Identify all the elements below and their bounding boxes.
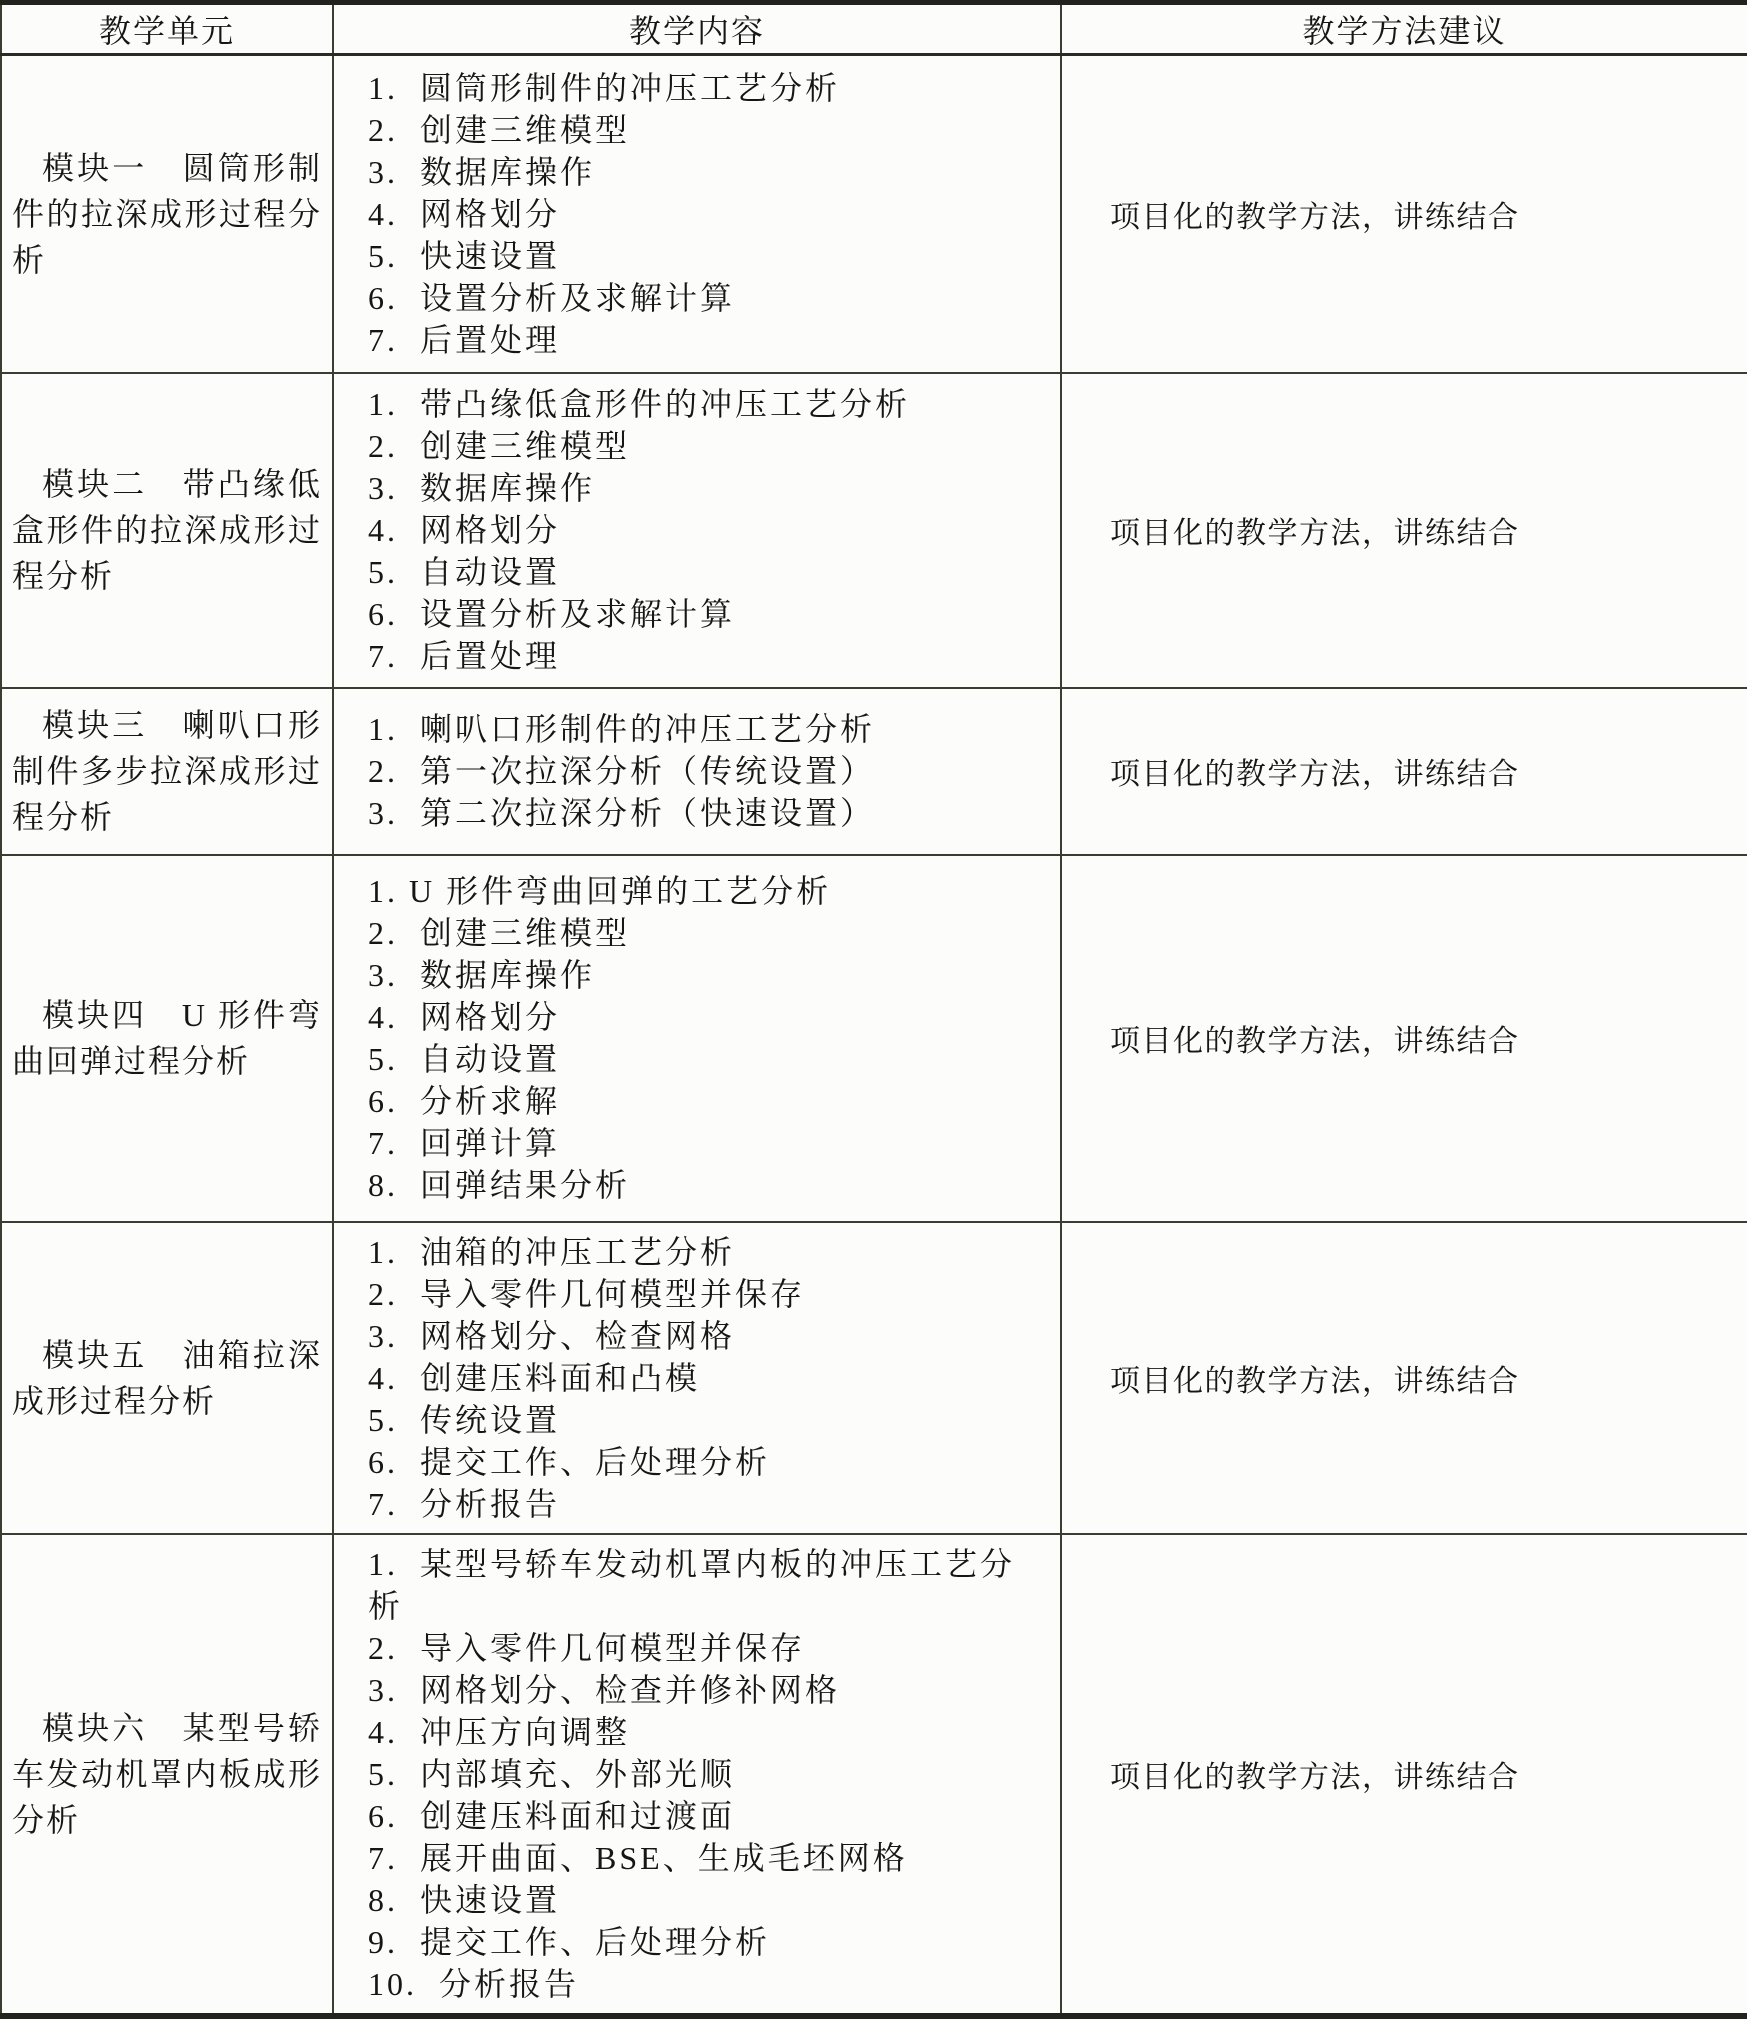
method-cell: 项目化的教学方法，讲练结合 xyxy=(1061,855,1747,1222)
content-item: 7. 回弹计算 xyxy=(368,1122,1048,1164)
content-item: 3. 数据库操作 xyxy=(368,954,1048,996)
content-item: 3. 网格划分、检查并修补网格 xyxy=(368,1669,1048,1711)
header-cell-method: 教学方法建议 xyxy=(1061,3,1747,55)
unit-cell: 模块二 带凸缘低盒形件的拉深成形过程分析 xyxy=(1,373,333,688)
content-item: 4. 创建压料面和凸模 xyxy=(368,1357,1048,1399)
method-cell: 项目化的教学方法，讲练结合 xyxy=(1061,373,1747,688)
content-cell: 1. 带凸缘低盒形件的冲压工艺分析 2. 创建三维模型 3. 数据库操作 4. … xyxy=(333,373,1061,688)
unit-cell: 模块三 喇叭口形制件多步拉深成形过程分析 xyxy=(1,688,333,855)
content-item: 6. 设置分析及求解计算 xyxy=(368,593,1048,635)
content-item: 10. 分析报告 xyxy=(368,1963,1048,2005)
content-item: 5. 内部填充、外部光顺 xyxy=(368,1753,1048,1795)
content-item: 1. 某型号轿车发动机罩内板的冲压工艺分析 xyxy=(368,1543,1048,1627)
content-item: 4. 网格划分 xyxy=(368,996,1048,1038)
content-item: 2. 创建三维模型 xyxy=(368,109,1048,151)
table-row-module-3: 模块三 喇叭口形制件多步拉深成形过程分析 1. 喇叭口形制件的冲压工艺分析 2.… xyxy=(1,688,1747,855)
unit-cell: 模块一 圆筒形制件的拉深成形过程分析 xyxy=(1,55,333,373)
content-item: 2. 创建三维模型 xyxy=(368,912,1048,954)
content-item: 2. 第一次拉深分析（传统设置） xyxy=(368,750,1048,792)
table-row-module-5: 模块五 油箱拉深成形过程分析 1. 油箱的冲压工艺分析 2. 导入零件几何模型并… xyxy=(1,1222,1747,1534)
content-item: 6. 设置分析及求解计算 xyxy=(368,277,1048,319)
content-item: 2. 导入零件几何模型并保存 xyxy=(368,1273,1048,1315)
curriculum-table: 教学单元 教学内容 教学方法建议 模块一 圆筒形制件的拉深成形过程分析 1. 圆… xyxy=(0,0,1747,2019)
content-item: 8. 回弹结果分析 xyxy=(368,1164,1048,1206)
table-row-module-4: 模块四 U 形件弯曲回弹过程分析 1. U 形件弯曲回弹的工艺分析 2. 创建三… xyxy=(1,855,1747,1222)
content-item: 5. 自动设置 xyxy=(368,551,1048,593)
method-cell: 项目化的教学方法，讲练结合 xyxy=(1061,55,1747,373)
method-cell: 项目化的教学方法，讲练结合 xyxy=(1061,688,1747,855)
content-cell: 1. U 形件弯曲回弹的工艺分析 2. 创建三维模型 3. 数据库操作 4. 网… xyxy=(333,855,1061,1222)
content-item: 4. 冲压方向调整 xyxy=(368,1711,1048,1753)
unit-title: 模块六 某型号轿车发动机罩内板成形分析 xyxy=(12,1705,322,1843)
content-item: 6. 分析求解 xyxy=(368,1080,1048,1122)
table-row-module-2: 模块二 带凸缘低盒形件的拉深成形过程分析 1. 带凸缘低盒形件的冲压工艺分析 2… xyxy=(1,373,1747,688)
content-cell: 1. 圆筒形制件的冲压工艺分析 2. 创建三维模型 3. 数据库操作 4. 网格… xyxy=(333,55,1061,373)
content-item: 4. 网格划分 xyxy=(368,509,1048,551)
method-cell: 项目化的教学方法，讲练结合 xyxy=(1061,1222,1747,1534)
table-row-module-6: 模块六 某型号轿车发动机罩内板成形分析 1. 某型号轿车发动机罩内板的冲压工艺分… xyxy=(1,1534,1747,2016)
content-item: 3. 第二次拉深分析（快速设置） xyxy=(368,792,1048,834)
content-item: 2. 创建三维模型 xyxy=(368,425,1048,467)
content-item: 1. 带凸缘低盒形件的冲压工艺分析 xyxy=(368,383,1048,425)
content-item: 7. 后置处理 xyxy=(368,319,1048,361)
content-item: 6. 创建压料面和过渡面 xyxy=(368,1795,1048,1837)
content-item: 3. 网格划分、检查网格 xyxy=(368,1315,1048,1357)
method-cell: 项目化的教学方法，讲练结合 xyxy=(1061,1534,1747,2016)
unit-cell: 模块四 U 形件弯曲回弹过程分析 xyxy=(1,855,333,1222)
content-cell: 1. 油箱的冲压工艺分析 2. 导入零件几何模型并保存 3. 网格划分、检查网格… xyxy=(333,1222,1061,1534)
content-item: 7. 分析报告 xyxy=(368,1483,1048,1525)
content-item: 3. 数据库操作 xyxy=(368,151,1048,193)
unit-title: 模块四 U 形件弯曲回弹过程分析 xyxy=(12,992,322,1084)
table-row-module-1: 模块一 圆筒形制件的拉深成形过程分析 1. 圆筒形制件的冲压工艺分析 2. 创建… xyxy=(1,55,1747,373)
content-item: 7. 展开曲面、BSE、生成毛坯网格 xyxy=(368,1837,1048,1879)
unit-title: 模块五 油箱拉深成形过程分析 xyxy=(12,1332,322,1424)
header-row: 教学单元 教学内容 教学方法建议 xyxy=(1,3,1747,55)
content-item: 5. 自动设置 xyxy=(368,1038,1048,1080)
content-item: 1. 油箱的冲压工艺分析 xyxy=(368,1231,1048,1273)
content-cell: 1. 某型号轿车发动机罩内板的冲压工艺分析 2. 导入零件几何模型并保存 3. … xyxy=(333,1534,1061,2016)
content-item: 1. 喇叭口形制件的冲压工艺分析 xyxy=(368,708,1048,750)
unit-title: 模块二 带凸缘低盒形件的拉深成形过程分析 xyxy=(12,461,322,599)
unit-title: 模块三 喇叭口形制件多步拉深成形过程分析 xyxy=(12,702,322,840)
header-cell-unit: 教学单元 xyxy=(1,3,333,55)
content-item: 1. 圆筒形制件的冲压工艺分析 xyxy=(368,67,1048,109)
content-item: 3. 数据库操作 xyxy=(368,467,1048,509)
header-cell-content: 教学内容 xyxy=(333,3,1061,55)
unit-cell: 模块六 某型号轿车发动机罩内板成形分析 xyxy=(1,1534,333,2016)
content-item: 5. 快速设置 xyxy=(368,235,1048,277)
content-item: 5. 传统设置 xyxy=(368,1399,1048,1441)
content-item: 6. 提交工作、后处理分析 xyxy=(368,1441,1048,1483)
content-item: 7. 后置处理 xyxy=(368,635,1048,677)
content-cell: 1. 喇叭口形制件的冲压工艺分析 2. 第一次拉深分析（传统设置） 3. 第二次… xyxy=(333,688,1061,855)
content-item: 4. 网格划分 xyxy=(368,193,1048,235)
content-item: 8. 快速设置 xyxy=(368,1879,1048,1921)
content-item: 1. U 形件弯曲回弹的工艺分析 xyxy=(368,870,1048,912)
unit-title: 模块一 圆筒形制件的拉深成形过程分析 xyxy=(12,145,322,283)
content-item: 9. 提交工作、后处理分析 xyxy=(368,1921,1048,1963)
unit-cell: 模块五 油箱拉深成形过程分析 xyxy=(1,1222,333,1534)
content-item: 2. 导入零件几何模型并保存 xyxy=(368,1627,1048,1669)
